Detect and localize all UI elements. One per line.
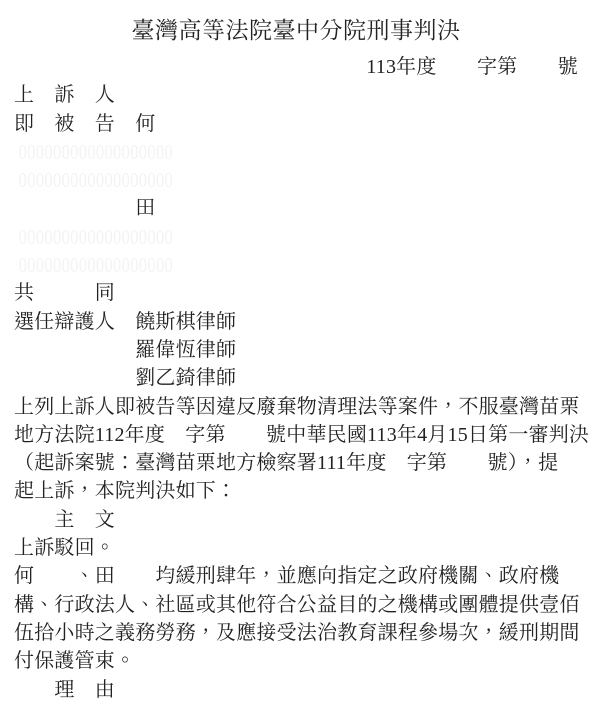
verdict-line: 何 、田 均緩刑肆年，並應向指定之政府機關、政府機 bbox=[14, 562, 578, 590]
counsel-name-line: 劉乙錡律師 bbox=[14, 364, 578, 392]
preamble-line: 起上訴，本院判決如下： bbox=[14, 477, 578, 505]
case-number: 113年度 字第 號 bbox=[14, 53, 578, 81]
verdict-line: 伍拾小時之義務勞務，及應接受法治教育課程參場次，緩刑期間 bbox=[14, 619, 578, 647]
redacted-id-line: 000000000000000000 bbox=[14, 138, 454, 166]
redacted-id-line: 000000000000000000 bbox=[14, 223, 454, 251]
redacted-id-line: 000000000000000000 bbox=[14, 251, 454, 279]
counsel-name-line: 羅偉恆律師 bbox=[14, 336, 578, 364]
court-title: 臺灣高等法院臺中分院刑事判決 bbox=[14, 8, 578, 53]
preamble-line: （起訴案號：臺灣苗栗地方檢察署111年度 字第 號），提 bbox=[14, 449, 578, 477]
joint-label-line: 共 同 bbox=[14, 279, 578, 307]
defense-counsel-line: 選任辯護人 饒斯棋律師 bbox=[14, 308, 578, 336]
redacted-id-line: 000000000000000000 bbox=[14, 166, 454, 194]
preamble-line: 上列上訴人即被告等因違反廢棄物清理法等案件，不服臺灣苗栗 bbox=[14, 393, 578, 421]
main-text-heading: 主 文 bbox=[14, 506, 578, 534]
verdict-line: 付保護管束。 bbox=[14, 647, 578, 675]
appellant-label-line: 上 訴 人 bbox=[14, 81, 578, 109]
defendant-2-line: 田 bbox=[14, 194, 578, 222]
judgment-document: 臺灣高等法院臺中分院刑事判決 113年度 字第 號 上 訴 人 即 被 告 何 … bbox=[0, 0, 591, 710]
reasons-heading: 理 由 bbox=[14, 676, 578, 704]
verdict-line: 構、行政法人、社區或其他符合公益目的之機構或團體提供壹佰 bbox=[14, 591, 578, 619]
defendant-1-line: 即 被 告 何 bbox=[14, 110, 578, 138]
verdict-line: 上訴駁回。 bbox=[14, 534, 578, 562]
preamble-line: 地方法院112年度 字第 號中華民國113年4月15日第一審判決 bbox=[14, 421, 578, 449]
